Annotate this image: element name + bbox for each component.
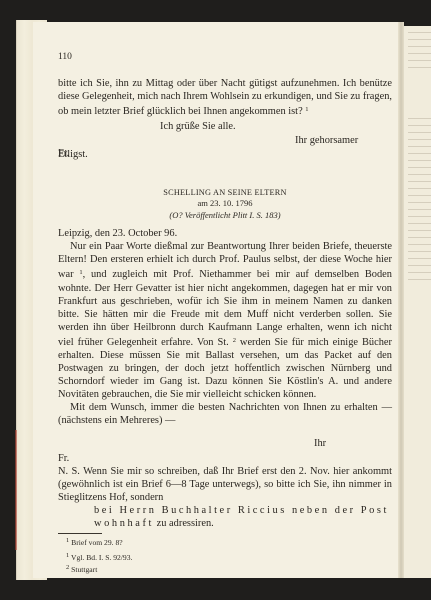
footnote-mark: 1 xyxy=(305,106,308,113)
address-line-1: bei Herrn Buchhalter Riccius neben der P… xyxy=(58,504,392,517)
letter-closing: Ihr xyxy=(58,437,392,450)
postscript-short: Eiligst. xyxy=(58,148,392,161)
page-number: 110 xyxy=(58,52,72,62)
letter-place-date: Leipzig, den 23. October 96. xyxy=(58,227,388,240)
letter-date: am 23. 10. 1796 xyxy=(58,198,392,210)
address-line-2: wohnhaft zu adressiren. xyxy=(58,517,392,530)
footnote-divider xyxy=(58,533,102,534)
closing: Ihr gehorsamer xyxy=(58,134,392,147)
footnote-1: 1 Brief vom 29. 8? xyxy=(66,536,392,547)
letter-source: (O? Veröffentlicht Plitt I. S. 183) xyxy=(58,210,392,222)
facing-page-text-ghost xyxy=(408,32,431,286)
page-text: bitte ich Sie, ihn zu Mittag oder über N… xyxy=(58,77,392,574)
footnote-2: 1 Vgl. Bd. I. S. 92/93. xyxy=(66,551,392,562)
letter-signature: Fr. xyxy=(58,452,388,465)
opening-paragraph: bitte ich Sie, ihn zu Mittag oder über N… xyxy=(58,77,392,118)
letter-title: SCHELLING AN SEINE ELTERN xyxy=(58,187,392,199)
facing-page-sliver xyxy=(404,26,431,578)
greeting: Ich grüße Sie alle. xyxy=(58,120,392,133)
letter-postscript: N. S. Wenn Sie mir so schreiben, daß Ihr… xyxy=(58,465,392,504)
letter-paragraph-1: Nur ein Paar Worte dießmal zur Beantwort… xyxy=(58,240,392,401)
letter-paragraph-2: Mit dem Wunsch, immer die besten Nachric… xyxy=(58,401,392,427)
book-scan-scene: 110 bitte ich Sie, ihn zu Mittag oder üb… xyxy=(0,0,431,600)
footnote-3: 2 Stuttgart xyxy=(66,563,392,574)
